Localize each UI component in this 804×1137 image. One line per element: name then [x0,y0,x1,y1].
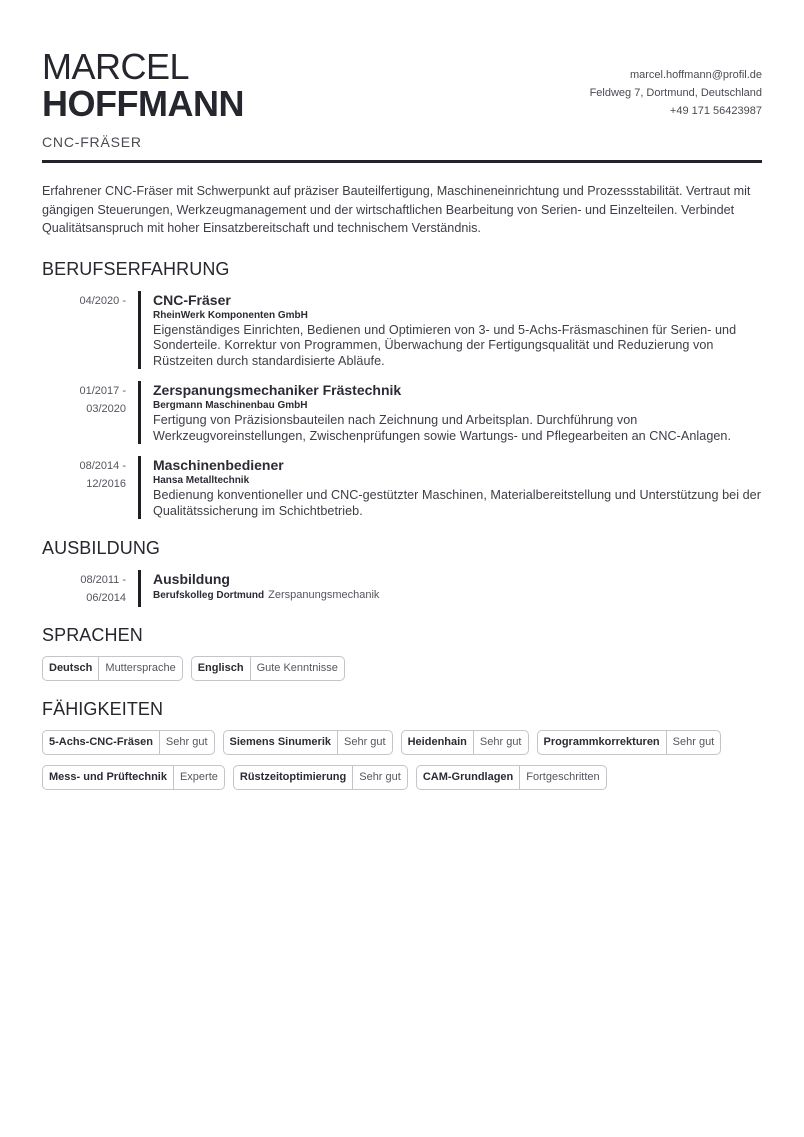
section-heading-experience: BERUFSERFAHRUNG [42,258,762,280]
skill-name: Programmkorrekturen [538,731,667,754]
experience-entry: 08/2014 - 12/2016 Maschinenbediener Hans… [42,456,762,519]
entry-company: RheinWerk Komponenten GmbH [153,309,762,323]
entry-company: Hansa Metalltechnik [153,474,762,488]
job-title: CNC-FRÄSER [42,134,762,150]
skill-level: Experte [174,766,224,789]
skill-name: 5-Achs-CNC-Fräsen [43,731,160,754]
skill-pill: Mess- und PrüftechnikExperte [42,765,225,790]
language-list: DeutschMuttersprache EnglischGute Kenntn… [42,656,762,681]
language-pill: DeutschMuttersprache [42,656,183,681]
skill-pill: HeidenhainSehr gut [401,730,529,755]
skill-name: Rüstzeitoptimierung [234,766,353,789]
skill-name: Siemens Sinumerik [224,731,339,754]
timeline-bar [138,456,141,519]
header-divider [42,160,762,163]
skill-pill: RüstzeitoptimierungSehr gut [233,765,408,790]
contact-address: Feldweg 7, Dortmund, Deutschland [590,84,762,102]
entry-description: Fertigung von Präzisionsbauteilen nach Z… [153,413,762,444]
entry-role: Zerspanungsmechaniker Frästechnik [153,381,762,399]
language-level: Muttersprache [99,657,181,680]
resume-page: MARCEL HOFFMANN CNC-FRÄSER marcel.hoffma… [42,48,762,790]
skill-pill: CAM-GrundlagenFortgeschritten [416,765,607,790]
skill-level: Sehr gut [353,766,407,789]
entry-dates: 04/2020 - [42,291,126,370]
language-level: Gute Kenntnisse [251,657,344,680]
entry-role: CNC-Fräser [153,291,762,309]
contact-email[interactable]: marcel.hoffmann@profil.de [590,66,762,84]
section-heading-skills: FÄHIGKEITEN [42,698,762,720]
experience-list: 04/2020 - CNC-Fräser RheinWerk Komponent… [42,291,762,520]
section-heading-languages: SPRACHEN [42,624,762,646]
entry-description: Eigenständiges Einrichten, Bedienen und … [153,323,762,370]
skill-pill: 5-Achs-CNC-FräsenSehr gut [42,730,215,755]
entry-dates: 08/2011 - 06/2014 [42,570,126,607]
language-pill: EnglischGute Kenntnisse [191,656,345,681]
entry-dates: 08/2014 - 12/2016 [42,456,126,519]
timeline-bar [138,570,141,607]
skill-level: Fortgeschritten [520,766,605,789]
experience-entry: 04/2020 - CNC-Fräser RheinWerk Komponent… [42,291,762,370]
timeline-bar [138,381,141,444]
skill-level: Sehr gut [474,731,528,754]
contact-block: marcel.hoffmann@profil.de Feldweg 7, Dor… [590,66,762,120]
entry-institution: Berufskolleg Dortmund [153,590,264,601]
skill-level: Sehr gut [160,731,214,754]
skill-pill: ProgrammkorrekturenSehr gut [537,730,722,755]
profile-summary: Erfahrener CNC-Fräser mit Schwerpunkt au… [42,182,762,238]
skill-name: Mess- und Prüftechnik [43,766,174,789]
resume-header: MARCEL HOFFMANN CNC-FRÄSER marcel.hoffma… [42,48,762,156]
section-heading-education: AUSBILDUNG [42,537,762,559]
entry-description: Bedienung konventioneller und CNC-gestüt… [153,488,762,519]
language-name: Englisch [192,657,251,680]
entry-role: Maschinenbediener [153,456,762,474]
experience-entry: 01/2017 - 03/2020 Zerspanungsmechaniker … [42,381,762,444]
skill-level: Sehr gut [338,731,392,754]
entry-dates: 01/2017 - 03/2020 [42,381,126,444]
skill-name: Heidenhain [402,731,474,754]
skill-level: Sehr gut [667,731,721,754]
timeline-bar [138,291,141,370]
education-entry: 08/2011 - 06/2014 Ausbildung Berufskolle… [42,570,762,607]
skill-list: 5-Achs-CNC-FräsenSehr gut Siemens Sinume… [42,730,762,790]
entry-field: Zerspanungsmechanik [268,589,379,601]
skill-pill: Siemens SinumerikSehr gut [223,730,393,755]
language-name: Deutsch [43,657,99,680]
entry-company: Bergmann Maschinenbau GmbH [153,399,762,413]
contact-phone[interactable]: +49 171 56423987 [590,102,762,120]
entry-degree: Ausbildung [153,570,762,588]
skill-name: CAM-Grundlagen [417,766,520,789]
